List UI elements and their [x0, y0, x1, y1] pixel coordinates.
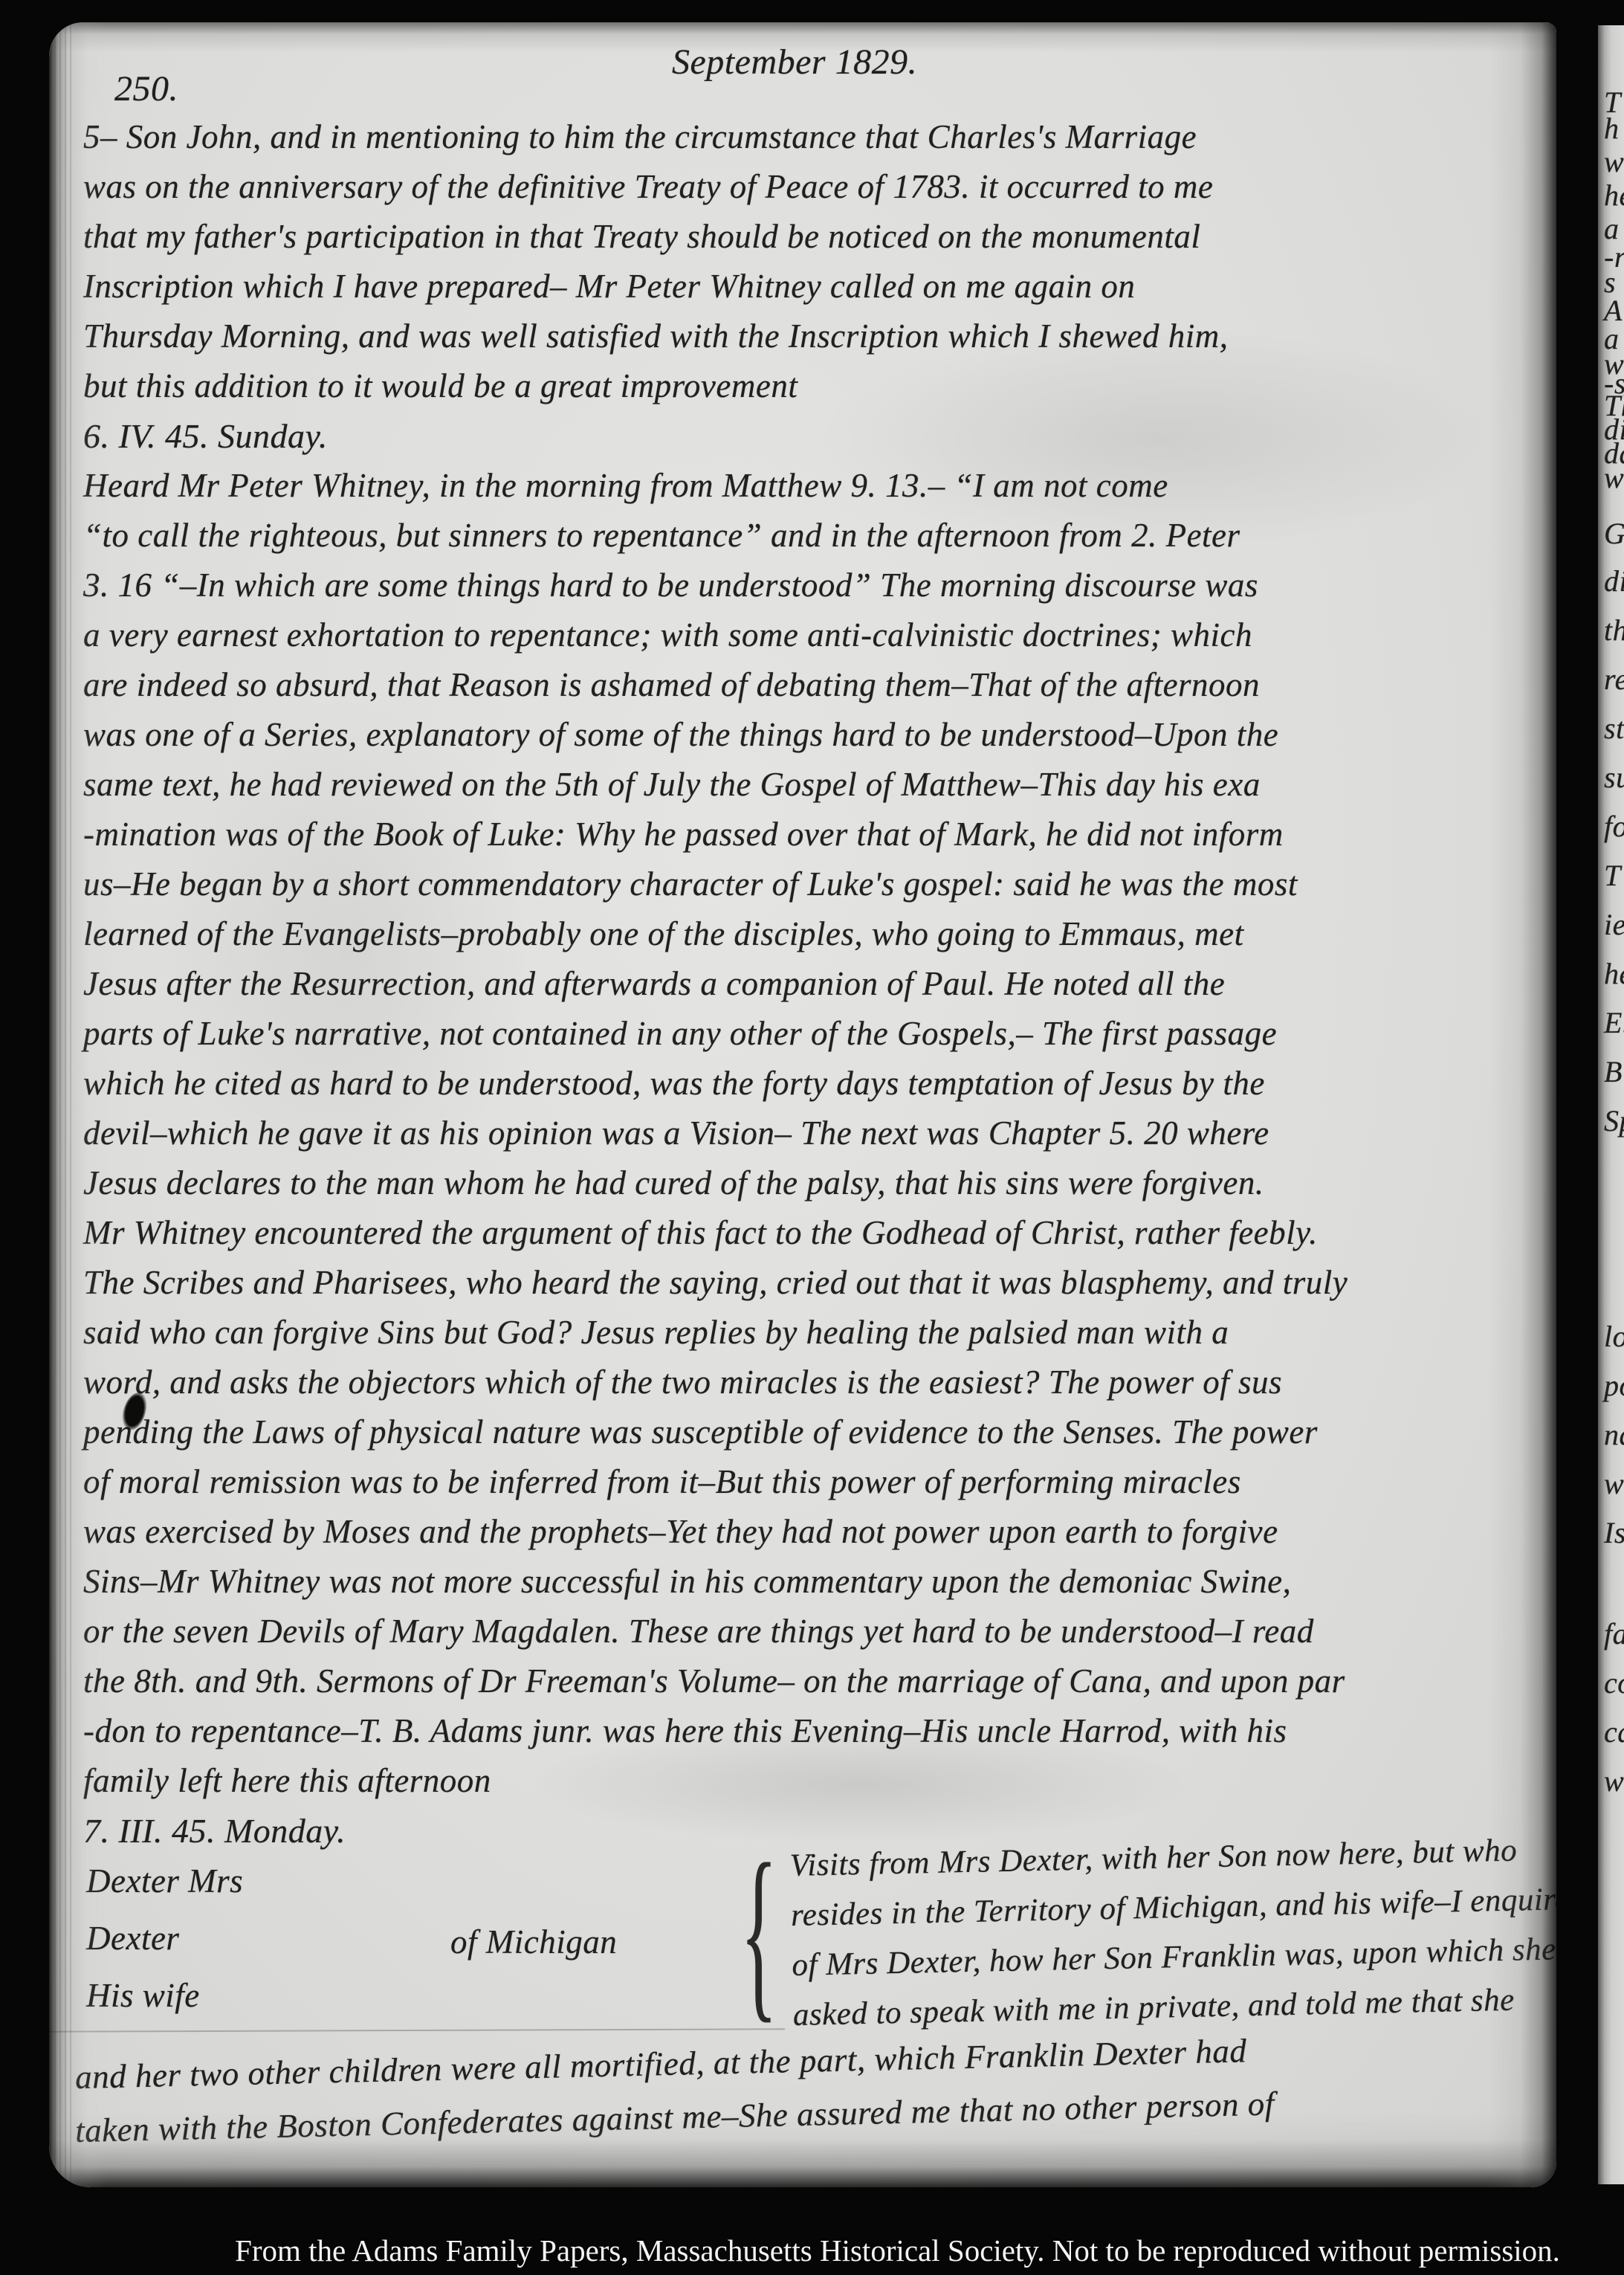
facing-page-text-fragment: su	[1604, 760, 1624, 795]
facing-page-text-fragment: ca	[1604, 1714, 1624, 1749]
caption-bar: From the Adams Family Papers, Massachuse…	[171, 2227, 1624, 2275]
facing-page-text-fragment: fa	[1604, 1616, 1624, 1651]
manuscript-line: us–He began by a short commendatory char…	[83, 859, 1555, 909]
facing-page-text-fragment: h	[1604, 111, 1620, 146]
manuscript-line: same text, he had reviewed on the 5th of…	[83, 760, 1555, 810]
curly-brace: {	[740, 1835, 777, 2028]
manuscript-line: was on the anniversary of the definitive…	[83, 162, 1555, 212]
facing-page-text-fragment: w	[1604, 460, 1624, 495]
manuscript-line: the 8th. and 9th. Sermons of Dr Freeman'…	[83, 1656, 1555, 1706]
facing-page-text-fragment: ie	[1604, 907, 1624, 942]
facing-page-text-fragment: he	[1604, 178, 1624, 213]
manuscript-line: devil–which he gave it as his opinion wa…	[83, 1109, 1555, 1158]
manuscript-line: Jesus declares to the man whom he had cu…	[83, 1158, 1555, 1208]
facing-page-text-fragment: Gr	[1604, 516, 1624, 551]
manuscript-line: word, and asks the objectors which of th…	[83, 1358, 1555, 1407]
manuscript-line: -don to repentance–T. B. Adams junr. was…	[83, 1706, 1555, 1756]
margin-index-names: Dexter MrsDexterHis wife	[86, 1853, 243, 2024]
facing-page-text-fragment: di	[1604, 564, 1624, 598]
entry-closing-lines: and her two other children were all mort…	[76, 2050, 1275, 2158]
facing-page-text-fragment: B	[1604, 1054, 1623, 1089]
facing-page-text-fragment: lo	[1604, 1319, 1624, 1354]
facing-page-text-fragment: sta	[1604, 711, 1624, 746]
margin-name: His wife	[86, 1967, 243, 2024]
manuscript-line: of moral remission was to be inferred fr…	[83, 1457, 1555, 1507]
manuscript-line: was one of a Series, explanatory of some…	[83, 710, 1555, 760]
facing-page-text-fragment: w	[1604, 1763, 1624, 1798]
facing-page-text-fragment: w	[1604, 144, 1624, 179]
manuscript-page: 250. September 1829. 5– Son John, and in…	[49, 22, 1556, 2187]
facing-page-text-fragment: T	[1604, 858, 1621, 893]
facing-page-text-fragment: Sp	[1604, 1103, 1624, 1138]
manuscript-line: but this addition to it would be a great…	[83, 361, 1555, 411]
entry-september-5: 5– Son John, and in mentioning to him th…	[83, 112, 1555, 411]
entry-september-6: Heard Mr Peter Whitney, in the morning f…	[83, 461, 1555, 1806]
facing-page-text-fragment: for	[1604, 809, 1624, 844]
manuscript-line: which he cited as hard to be understood,…	[83, 1059, 1555, 1109]
margin-name: Dexter	[86, 1910, 243, 1967]
braced-entry-lines: Visits from Mrs Dexter, with her Son now…	[789, 1824, 1556, 2040]
margin-name: Dexter Mrs	[86, 1853, 243, 1910]
scanned-manuscript-viewer: { "page_scan": { "page_number": "250.", …	[0, 0, 1624, 2275]
month-year-header: September 1829.	[672, 42, 917, 83]
facing-page-text-fragment: w	[1604, 1466, 1624, 1501]
facing-page-text-fragment: re	[1604, 662, 1624, 697]
margin-place: of Michigan	[450, 1923, 617, 1961]
manuscript-line: or the seven Devils of Mary Magdalen. Th…	[83, 1607, 1555, 1656]
facing-page-text-fragment: po	[1604, 1368, 1624, 1403]
manuscript-line: Sins–Mr Whitney was not more successful …	[83, 1557, 1555, 1607]
manuscript-line: 3. 16 “–In which are some things hard to…	[83, 561, 1555, 610]
manuscript-line: Mr Whitney encountered the argument of t…	[83, 1208, 1555, 1258]
facing-page-text-fragment: co	[1604, 1665, 1624, 1700]
manuscript-line: Heard Mr Peter Whitney, in the morning f…	[83, 461, 1555, 511]
pencil-rule-line	[49, 2028, 785, 2032]
manuscript-line: Thursday Morning, and was well satisfied…	[83, 312, 1555, 361]
manuscript-line: that my father's participation in that T…	[83, 212, 1555, 262]
diary-text-block: 5– Son John, and in mentioning to him th…	[83, 112, 1555, 1856]
manuscript-line: pending the Laws of physical nature was …	[83, 1407, 1555, 1457]
manuscript-line: 5– Son John, and in mentioning to him th…	[83, 112, 1555, 162]
manuscript-line: “to call the righteous, but sinners to r…	[83, 511, 1555, 561]
facing-page-text-fragment: he	[1604, 956, 1624, 991]
manuscript-line: are indeed so absurd, that Reason is ash…	[83, 660, 1555, 710]
manuscript-line: was exercised by Moses and the prophets–…	[83, 1507, 1555, 1557]
manuscript-line: family left here this afternoon	[83, 1756, 1555, 1806]
manuscript-line: parts of Luke's narrative, not contained…	[83, 1009, 1555, 1059]
binding-edge	[49, 22, 71, 2187]
manuscript-line: a very earnest exhortation to repentance…	[83, 610, 1555, 660]
manuscript-line: The Scribes and Pharisees, who heard the…	[83, 1258, 1555, 1308]
manuscript-line: Inscription which I have prepared– Mr Pe…	[83, 262, 1555, 312]
page-number: 250.	[114, 68, 178, 109]
facing-page-sliver: Thwhea-rsAaw-siThdidawGrdithrestasuforTi…	[1598, 25, 1624, 2184]
manuscript-line: Jesus after the Resurrection, and afterw…	[83, 959, 1555, 1009]
facing-page-text-fragment: E.	[1604, 1005, 1624, 1040]
facing-page-text-fragment: th	[1604, 613, 1624, 648]
entry-heading-sunday: 6. IV. 45. Sunday.	[83, 411, 1555, 461]
manuscript-line: learned of the Evangelists–probably one …	[83, 909, 1555, 959]
facing-page-text-fragment: na	[1604, 1417, 1624, 1452]
facing-page-text-fragment: Is	[1604, 1515, 1624, 1550]
repository-caption: From the Adams Family Papers, Massachuse…	[235, 2233, 1560, 2268]
manuscript-line: said who can forgive Sins but God? Jesus…	[83, 1308, 1555, 1358]
manuscript-line: -mination was of the Book of Luke: Why h…	[83, 810, 1555, 859]
